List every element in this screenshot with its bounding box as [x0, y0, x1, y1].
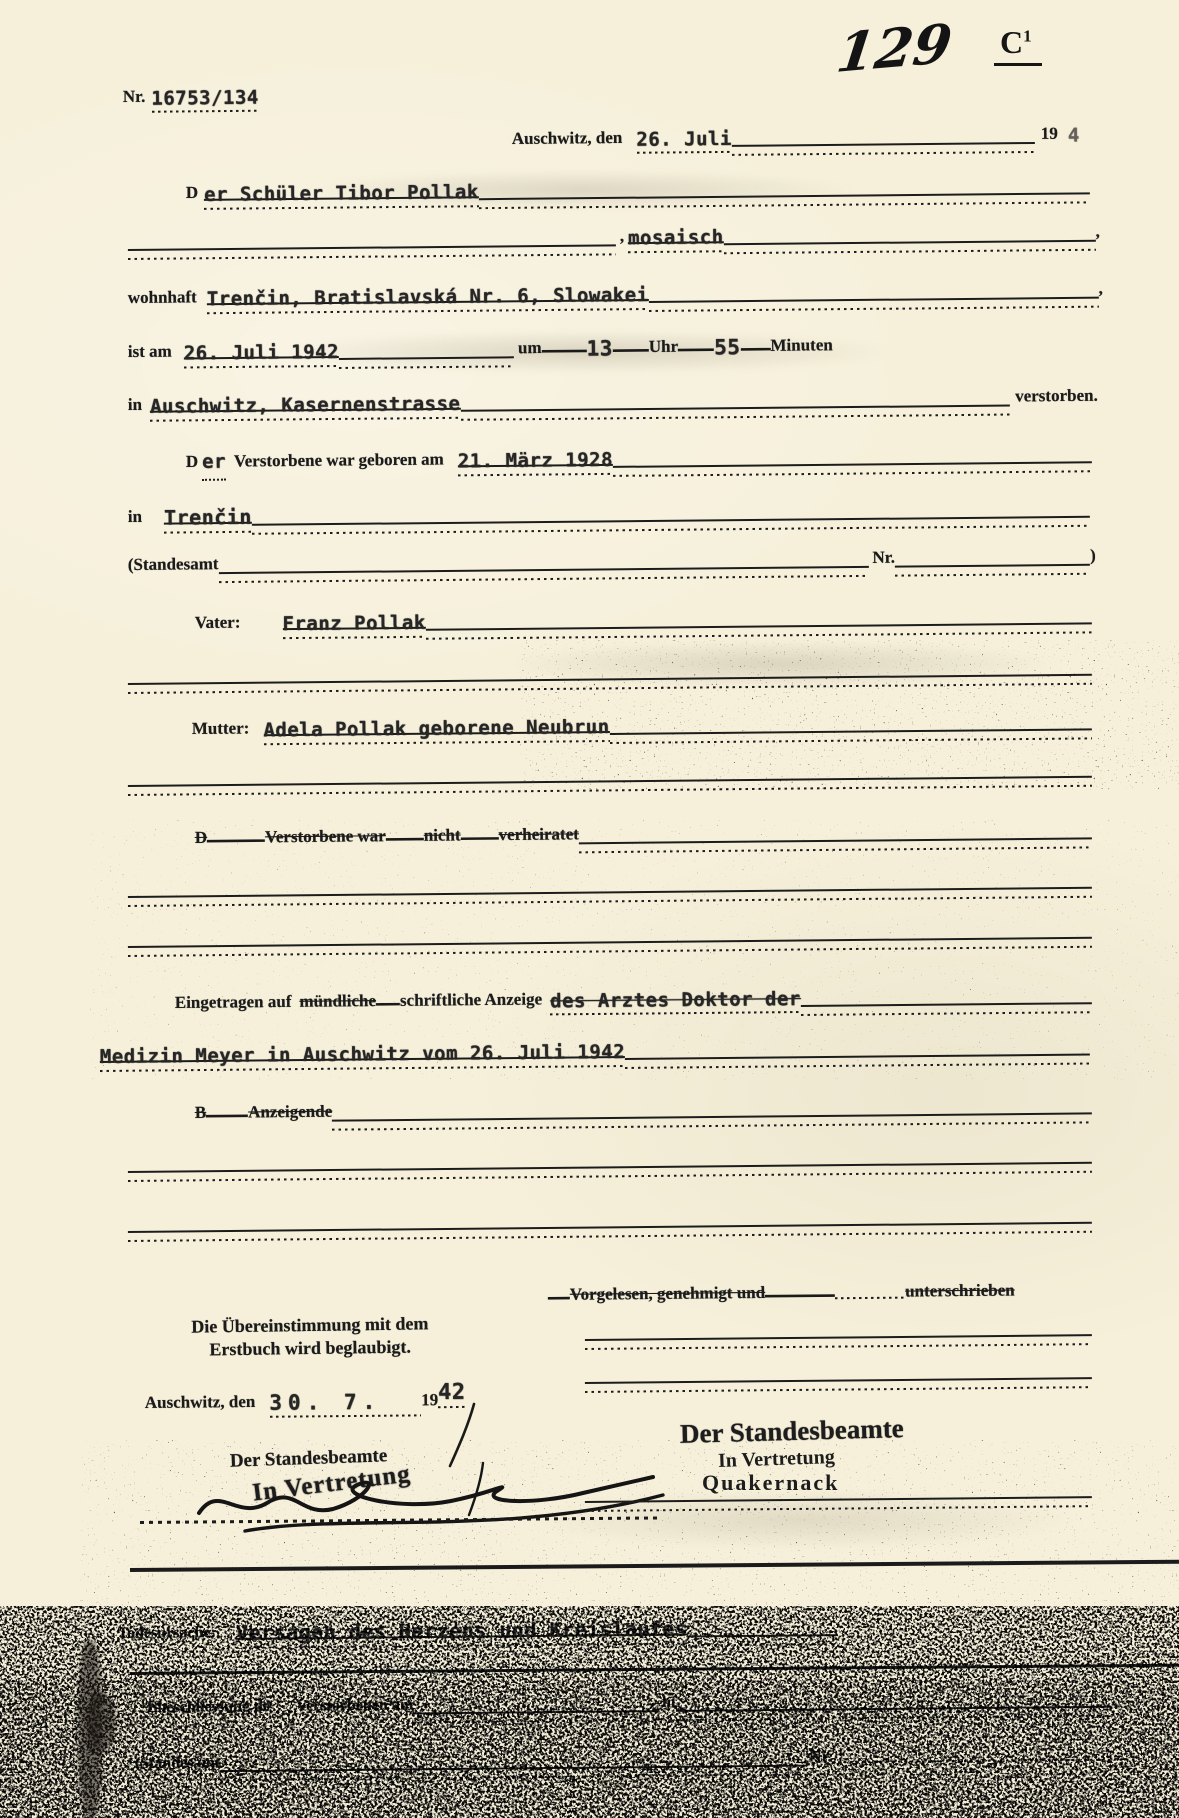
father-row: Vater: Franz Pollak — [195, 603, 1092, 642]
anzeigende-row: B Anzeigende — [195, 1093, 1092, 1132]
mother-label: Mutter: — [192, 718, 250, 748]
year-printed: 19 — [1035, 124, 1058, 153]
fill-line — [128, 1220, 1092, 1242]
residence-row: wohnhaft Trenčin, Bratislavská Nr. 6, Sl… — [128, 278, 1103, 317]
vorgelesen-row: Vorgelesen, genehmigt und unterschrieben — [548, 1279, 1093, 1314]
birth-date-typed: 21. März 1928 — [458, 449, 613, 478]
standesamt-row: (Standesamt Nr. ) — [128, 545, 1096, 584]
death-date-label: ist am — [128, 342, 172, 371]
death-place-typed: Auschwitz, Kasernenstrasse — [150, 393, 461, 424]
article-printed: D — [186, 452, 199, 481]
fill-line — [332, 1110, 1092, 1130]
birthplace-typed: Trenčin — [164, 505, 252, 536]
time-hour-typed: 13 — [586, 336, 613, 366]
time-um-label: um — [514, 338, 542, 367]
religion-trailing-comma: , — [1095, 222, 1100, 251]
certification-place-date-label: Auschwitz, den — [145, 1392, 256, 1422]
record-number-value: 16753/134 — [151, 87, 259, 116]
strike-dash — [613, 336, 649, 366]
blank-rule-row — [128, 1203, 1092, 1242]
left-edge-smudge — [86, 1692, 116, 1752]
corner-mark: C1 — [994, 24, 1042, 66]
fill-line — [724, 238, 1096, 255]
certification-line2: Erstbuch wird beglaubigt. — [160, 1336, 460, 1361]
place-date-row: Auschwitz, den 26. Juli 19 4 — [512, 123, 1080, 158]
fill-line — [128, 242, 616, 260]
residence-trailing-comma: , — [1098, 279, 1103, 308]
anzeigende-struck: Anzeigende — [248, 1102, 332, 1132]
certification-date-typed: 30. 7. — [269, 1389, 421, 1420]
article-printed: D — [186, 183, 199, 212]
fill-line — [585, 1332, 1092, 1350]
strike-dash — [740, 335, 770, 365]
deceased-name-typed: er Schüler Tibor Pollak — [204, 181, 479, 212]
fill-line — [613, 459, 1092, 477]
strike-dash — [548, 1284, 570, 1314]
standesamt-label: (Standesamt — [128, 554, 219, 584]
residence-label: wohnhaft — [128, 287, 197, 317]
birthplace-label: in — [128, 507, 142, 536]
noise-overlay-signature-area — [80, 1440, 1179, 1610]
fill-line — [732, 140, 1035, 156]
fill-line — [426, 620, 1092, 639]
fill-line — [460, 403, 1010, 421]
fill-line — [252, 514, 1090, 535]
strike-dash — [541, 337, 586, 367]
strike-dash — [206, 1101, 248, 1131]
paren-close: ) — [1090, 546, 1096, 575]
vorgelesen-struck: Vorgelesen, genehmigt und — [570, 1283, 766, 1314]
signature-rule-row — [585, 1358, 1092, 1393]
noise-overlay-light-mid — [520, 640, 1179, 790]
religion-row: , mosaisch , — [128, 221, 1100, 260]
fill-line — [649, 295, 1099, 312]
strike-dash — [678, 335, 714, 365]
signature-rule-row — [585, 1315, 1092, 1350]
religion-comma: , — [616, 226, 629, 255]
death-place-label: in — [128, 395, 142, 424]
time-minutes-typed: 55 — [714, 335, 741, 365]
place-date-label: Auschwitz, den — [512, 128, 623, 158]
birthplace-row: in Trenčin — [128, 497, 1090, 536]
record-number-label: Nr. — [123, 87, 146, 116]
death-date-typed: 26. Juli 1942 — [184, 341, 339, 370]
standesamt-nr-label: Nr. — [868, 548, 895, 577]
death-place-row: in Auschwitz, Kasernenstrasse verstorben… — [128, 385, 1098, 424]
article-typed: er — [202, 451, 226, 481]
dotted-leader — [835, 1281, 905, 1312]
birth-date-row: D er Verstorbene war geboren am 21. März… — [186, 442, 1092, 481]
handwritten-page-number: 129 — [833, 11, 955, 85]
born-label: Verstorbene war geboren am — [234, 450, 444, 481]
anzeigende-article: B — [195, 1103, 207, 1132]
noise-overlay-bottom-extra — [0, 1680, 1179, 1818]
unterschrieben-struck: unterschrieben — [905, 1281, 1015, 1311]
death-certificate-scan: 129 C1 Nr. 16753/134 Auschwitz, den 26. … — [0, 0, 1179, 1818]
residence-typed: Trenčin, Bratislavská Nr. 6, Slowakei — [207, 284, 649, 316]
father-label: Vater: — [195, 613, 241, 642]
record-number-row: Nr. 16753/134 — [123, 84, 353, 116]
year-typed: 4 — [1068, 125, 1080, 153]
time-uhr-label: Uhr — [649, 337, 679, 366]
death-date-row: ist am 26. Juli 1942 um 13 Uhr 55 Minute… — [128, 332, 1105, 371]
death-report-date-typed: 26. Juli — [636, 128, 732, 157]
corner-mark-superscript: 1 — [1023, 26, 1032, 45]
strike-dash — [765, 1281, 835, 1312]
corner-mark-letter: C — [1000, 24, 1023, 60]
father-typed: Franz Pollak — [282, 612, 426, 641]
fill-line — [128, 1160, 1092, 1182]
fill-line — [219, 564, 869, 583]
time-minuten-label: Minuten — [770, 335, 833, 365]
religion-typed: mosaisch — [628, 226, 724, 255]
certification-note: Die Übereinstimmung mit dem Erstbuch wir… — [160, 1313, 461, 1361]
blank-rule-row — [128, 1143, 1092, 1182]
fill-line — [339, 354, 514, 369]
fill-line — [585, 1375, 1092, 1393]
verstorben-label: verstorben. — [1010, 386, 1098, 416]
noise-overlay-light-band — [90, 820, 1179, 1080]
fill-line — [895, 562, 1090, 577]
